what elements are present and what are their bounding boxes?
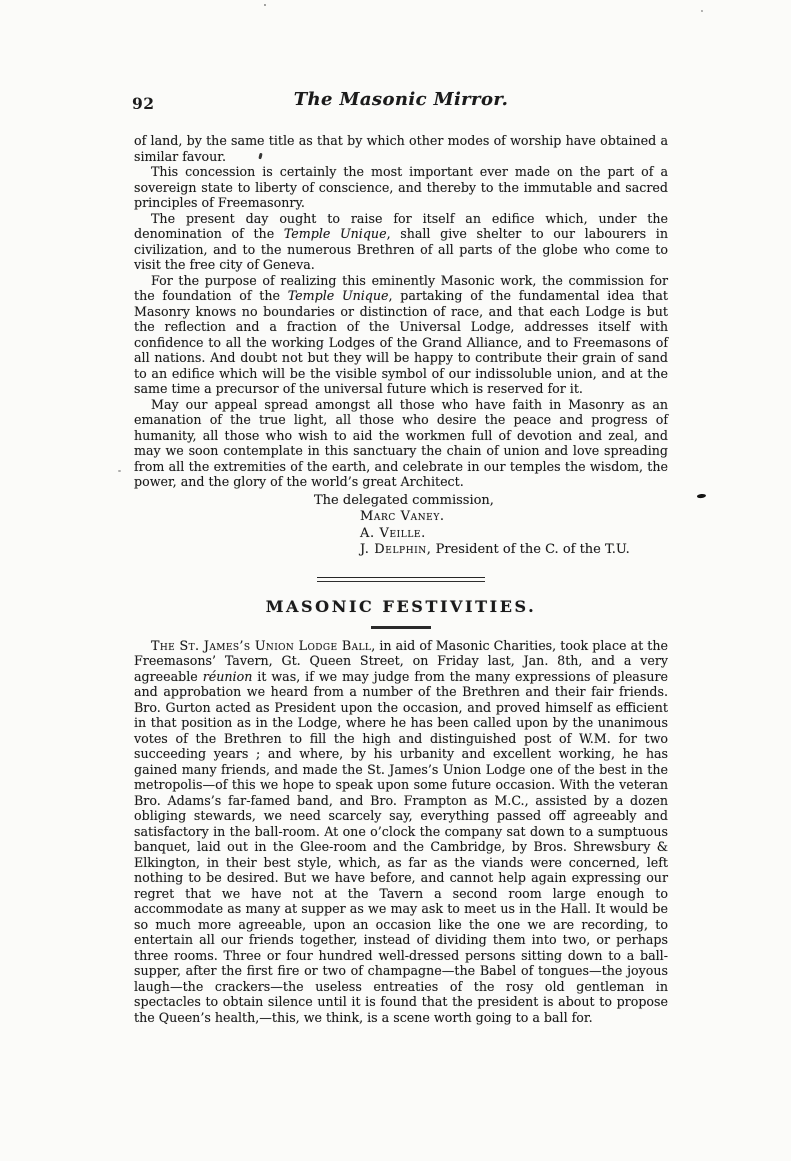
italic-phrase: Temple Unique (284, 226, 387, 241)
ink-speck (697, 493, 706, 498)
ink-speck (118, 470, 121, 472)
signature-name-line: Marc Vaney. (360, 509, 668, 526)
italic-phrase: Temple Unique (288, 288, 389, 303)
ink-speck (701, 10, 703, 12)
paragraph: May our appeal spread amongst all those … (134, 397, 668, 490)
journal-title: The Masonic Mirror. (134, 89, 668, 110)
signature-name-line: A. Veille. (360, 526, 668, 543)
paragraph: This concession is certainly the most im… (134, 164, 668, 211)
paragraph: of land, by the same title as that by wh… (134, 133, 668, 164)
italic-phrase: réunion (203, 669, 253, 684)
ink-speck (264, 4, 266, 6)
paragraph: The St. James’s Union Lodge Ball, in aid… (134, 638, 668, 1026)
signature-intro: The delegated commission, (314, 493, 668, 510)
article-heading: MASONIC FESTIVITIES. (134, 599, 668, 615)
signatory-suffix: President of the C. of the T.U. (432, 542, 630, 557)
signatory-name: A. Veille. (360, 526, 426, 541)
double-rule-divider (317, 577, 485, 582)
signature-block: The delegated commission, Marc Vaney. A.… (134, 493, 668, 559)
signatory-name: Marc Vaney. (360, 509, 445, 524)
signatory-name: J. Delphin, (360, 542, 432, 557)
paragraph: The present day ought to raise for itsel… (134, 211, 668, 273)
short-rule-divider (371, 626, 431, 628)
paragraph: For the purpose of realizing this eminen… (134, 273, 668, 397)
signature-name-line: J. Delphin, President of the C. of the T… (360, 542, 668, 559)
scanned-page: 92 The Masonic Mirror. of land, by the s… (0, 0, 791, 1161)
smallcaps-lead: The St. James’s Union Lodge Ball (151, 638, 371, 653)
text-column: of land, by the same title as that by wh… (134, 133, 668, 1025)
